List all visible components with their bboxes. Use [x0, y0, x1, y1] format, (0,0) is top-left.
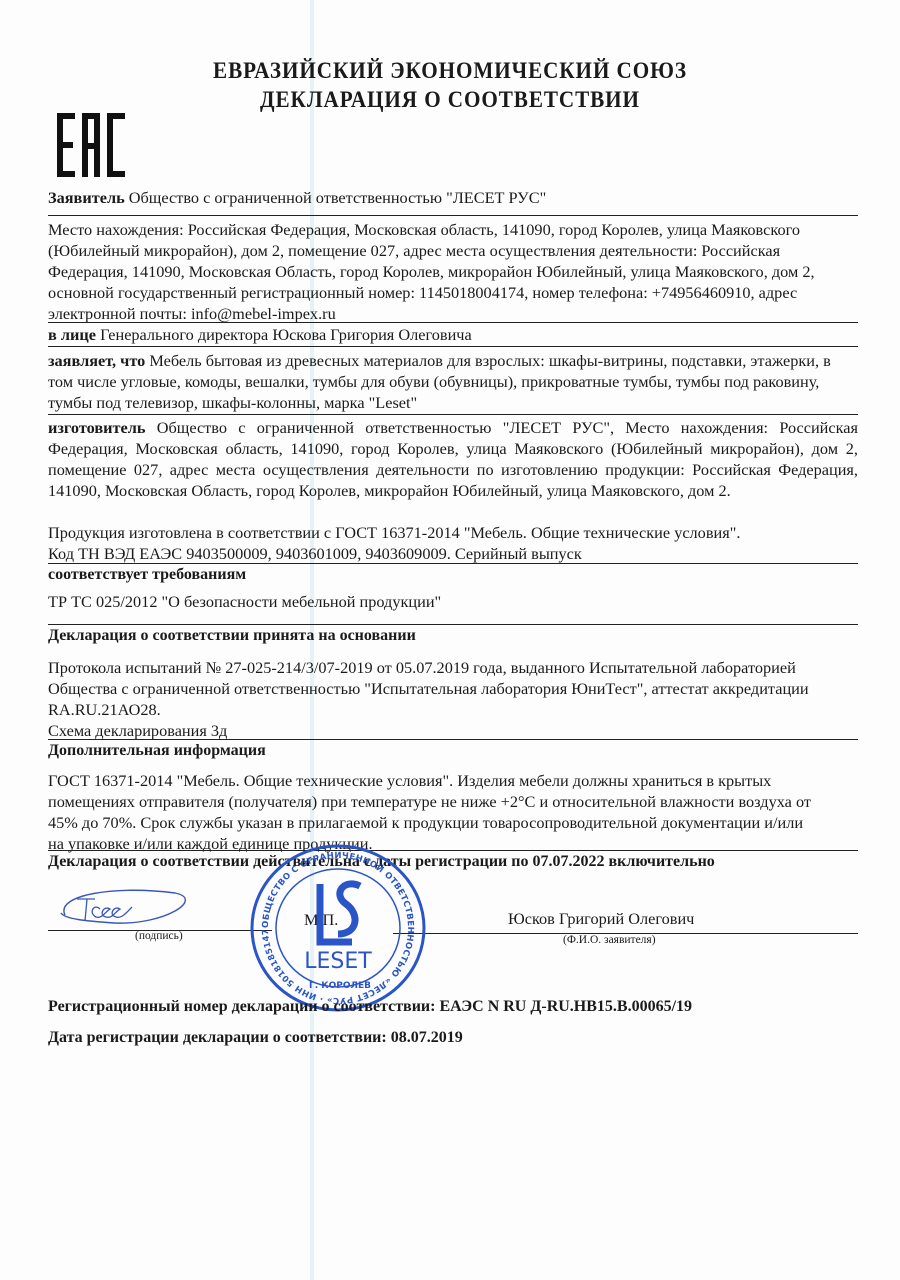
- location-block: Место нахождения: Российская Федерация, …: [48, 219, 830, 324]
- union-title: ЕВРАЗИЙСКИЙ ЭКОНОМИЧЕСКИЙ СОЮЗ: [36, 58, 864, 84]
- manufacturer-label: изготовитель: [48, 418, 146, 437]
- additional-heading: Дополнительная информация: [48, 740, 858, 761]
- basis-heading: Декларация о соответствии принята на осн…: [48, 625, 858, 646]
- name-caption: (Ф.И.О. заявителя): [563, 934, 656, 946]
- manufacturer-codes: Код ТН ВЭД ЕАЭС 9403500009, 9403601009, …: [48, 543, 858, 564]
- signature-caption: (подпись): [135, 930, 183, 942]
- represented-value: Генерального директора Юскова Григория О…: [100, 325, 472, 344]
- registration-date: Дата регистрации декларации о соответств…: [48, 1027, 858, 1048]
- divider: [48, 322, 858, 323]
- additional-value: ГОСТ 16371-2014 "Мебель. Общие техническ…: [48, 770, 815, 854]
- document-title: ДЕКЛАРАЦИЯ О СООТВЕТСТВИИ: [36, 87, 864, 113]
- applicant-name: Юсков Григорий Олегович: [508, 908, 808, 929]
- declares-block: заявляет, что Мебель бытовая из древесны…: [48, 350, 858, 413]
- svg-text:Г. КОРОЛЕВ: Г. КОРОЛЕВ: [309, 981, 371, 991]
- manufacturer-value: Общество с ограниченной ответственностью…: [48, 418, 858, 500]
- manufacturer-standard: Продукция изготовлена в соответствии с Г…: [48, 522, 858, 543]
- basis-value: Протокола испытаний № 27-025-214/3/07-20…: [48, 657, 820, 720]
- applicant-row: Заявитель Общество с ограниченной ответс…: [48, 187, 858, 208]
- signature-scribble: [55, 885, 195, 930]
- applicant-label: Заявитель: [48, 188, 125, 207]
- requirements-value: ТР ТС 025/2012 "О безопасности мебельной…: [48, 591, 858, 612]
- registration-number: Регистрационный номер декларации о соотв…: [48, 996, 858, 1017]
- eac-logo-icon: [57, 113, 127, 177]
- requirements-heading: соответствует требованиям: [48, 564, 858, 585]
- divider: [48, 215, 858, 216]
- company-stamp-icon: ОБЩЕСТВО С ОГРАНИЧЕННОЙ ОТВЕТСТВЕННОСТЬЮ…: [248, 842, 428, 1014]
- svg-text:LESET: LESET: [304, 949, 372, 974]
- declares-value: Мебель бытовая из древесных материалов д…: [48, 351, 831, 412]
- divider: [48, 346, 858, 347]
- basis-scheme: Схема декларирования 3д: [48, 720, 858, 741]
- manufacturer-block: изготовитель Общество с ограниченной отв…: [48, 417, 858, 501]
- divider: [48, 414, 858, 415]
- validity-statement: Декларация о соответствии действительна …: [48, 851, 858, 872]
- applicant-value: Общество с ограниченной ответственностью…: [129, 188, 546, 207]
- represented-label: в лице: [48, 325, 96, 344]
- declares-label: заявляет, что: [48, 351, 145, 370]
- represented-row: в лице Генерального директора Юскова Гри…: [48, 324, 858, 345]
